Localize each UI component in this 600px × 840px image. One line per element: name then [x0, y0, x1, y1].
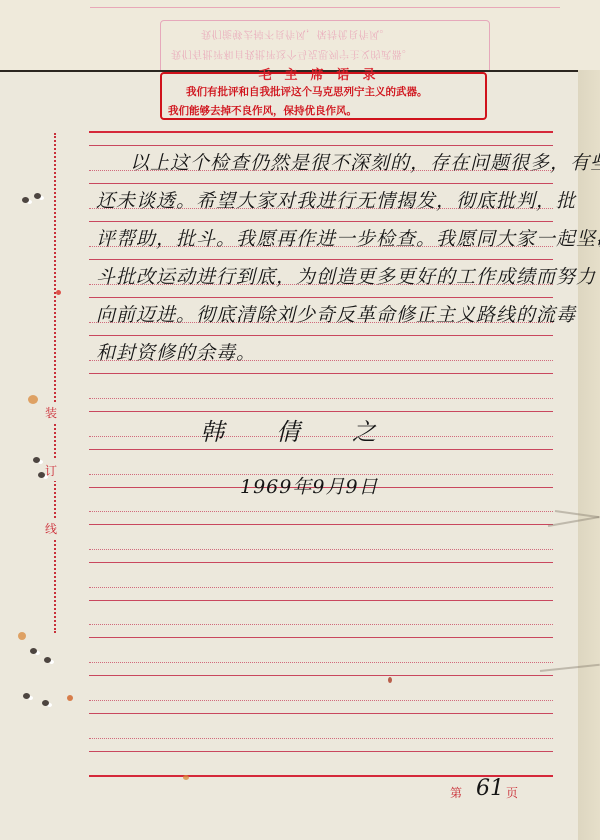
page-number-suffix: 页 — [506, 784, 518, 801]
rule-solid — [89, 751, 553, 752]
page-number: 61 — [476, 776, 504, 801]
age-stain — [18, 632, 26, 640]
rule-solid — [89, 600, 553, 601]
rule-solid — [89, 335, 553, 336]
binding-hole — [44, 657, 51, 663]
binding-label-xian: 线 — [45, 518, 57, 539]
handwritten-line-6: 和封资修的余毒。 — [96, 338, 256, 365]
age-stain — [183, 775, 189, 780]
rule-dotted — [89, 398, 553, 399]
rule-solid — [89, 713, 553, 714]
rule-solid — [89, 297, 553, 298]
age-stain — [28, 395, 38, 404]
rule-solid — [89, 562, 553, 563]
handwritten-line-1: 以上这个检查仍然是很不深刻的，存在问题很多，有些 — [130, 148, 600, 175]
age-stain — [56, 290, 61, 295]
signature-date: 1969年9月9日 — [240, 472, 379, 499]
page-edge-shadow — [578, 70, 600, 840]
rule-solid — [89, 373, 553, 374]
back-page-rule — [90, 7, 560, 8]
binding-hole — [30, 648, 37, 654]
binding-hole — [33, 457, 40, 463]
rule-dotted — [89, 587, 553, 588]
binding-hole — [23, 693, 30, 699]
binding-hole — [38, 472, 45, 478]
age-stain — [388, 677, 392, 683]
quotation-title: 毛主席语录 — [162, 64, 485, 83]
binding-label-zhuang: 装 — [45, 402, 57, 423]
binding-hole — [34, 193, 41, 199]
binding-label-ding: 订 — [45, 460, 57, 481]
handwritten-line-3: 评帮助，批斗。我愿再作进一步检查。我愿同大家一起坚决把 — [96, 224, 600, 251]
binding-hole — [42, 700, 49, 706]
top-rule — [89, 131, 553, 133]
rule-dotted — [89, 624, 553, 625]
rule-solid — [89, 524, 553, 525]
rule-solid — [89, 221, 553, 222]
binding-hole — [22, 197, 29, 203]
handwritten-line-2: 还未谈透。希望大家对我进行无情揭发，彻底批判，批 — [96, 186, 576, 213]
quotation-line-1: 我们有批评和自我批评这个马克思列宁主义的武器。 — [186, 84, 428, 99]
rule-solid — [89, 675, 553, 676]
page-number-prefix: 第 — [450, 784, 462, 801]
binding-line — [54, 133, 56, 633]
rule-dotted — [89, 549, 553, 550]
back-page-mirrored-text: 我们能够去掉不良作风，保持优良作风。 — [201, 28, 390, 43]
age-stain — [67, 695, 73, 701]
rule-dotted — [89, 511, 553, 512]
back-page-mirrored-text: 我们有批评和自我批评这个马克思列宁主义的武器。 — [171, 48, 413, 63]
signature: 韩倩之 — [200, 412, 428, 447]
rule-solid — [89, 183, 553, 184]
handwritten-line-4: 斗批改运动进行到底，为创造更多更好的工作成绩而努力 — [96, 262, 596, 289]
rule-dotted — [89, 700, 553, 701]
handwritten-line-5: 向前迈进。彻底清除刘少奇反革命修正主义路线的流毒 — [96, 300, 576, 327]
quotation-box: 毛主席语录 我们有批评和自我批评这个马克思列宁主义的武器。 我们能够去掉不良作风… — [160, 72, 487, 120]
back-page: 我们能够去掉不良作风，保持优良作风。 我们有批评和自我批评这个马克思列宁主义的武… — [0, 0, 600, 71]
quotation-line-2: 我们能够去掉不良作风，保持优良作风。 — [168, 103, 357, 118]
rule-solid — [89, 449, 553, 450]
rule-solid — [89, 145, 553, 146]
rule-solid — [89, 259, 553, 260]
rule-solid — [89, 637, 553, 638]
rule-dotted — [89, 738, 553, 739]
rule-dotted — [89, 662, 553, 663]
